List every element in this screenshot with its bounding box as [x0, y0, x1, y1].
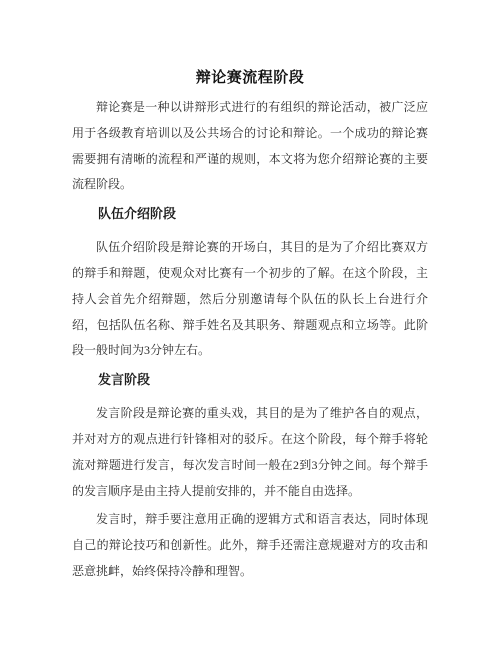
intro-paragraph: 辩论赛是一种以讲辩形式进行的有组织的辩论活动，被广泛应用于各级教育培训以及公共场… — [72, 95, 428, 198]
section-heading-speech-stage: 发言阶段 — [72, 367, 428, 393]
document-page: 辩论赛流程阶段 辩论赛是一种以讲辩形式进行的有组织的辩论活动，被广泛应用于各级教… — [0, 0, 500, 647]
section-heading-team-introduction: 队伍介绍阶段 — [72, 201, 428, 227]
page-title: 辩论赛流程阶段 — [72, 63, 428, 93]
speech-stage-paragraph-1: 发言阶段是辩论赛的重头戏，其目的是为了维护各自的观点，并对对方的观点进行针锋相对… — [72, 401, 428, 504]
team-introduction-paragraph: 队伍介绍阶段是辩论赛的开场白，其目的是为了介绍比赛双方的辩手和辩题，使观众对比赛… — [72, 235, 428, 364]
speech-stage-paragraph-2: 发言时，辩手要注意用正确的逻辑方式和语言表达，同时体现自己的辩论技巧和创新性。此… — [72, 507, 428, 584]
